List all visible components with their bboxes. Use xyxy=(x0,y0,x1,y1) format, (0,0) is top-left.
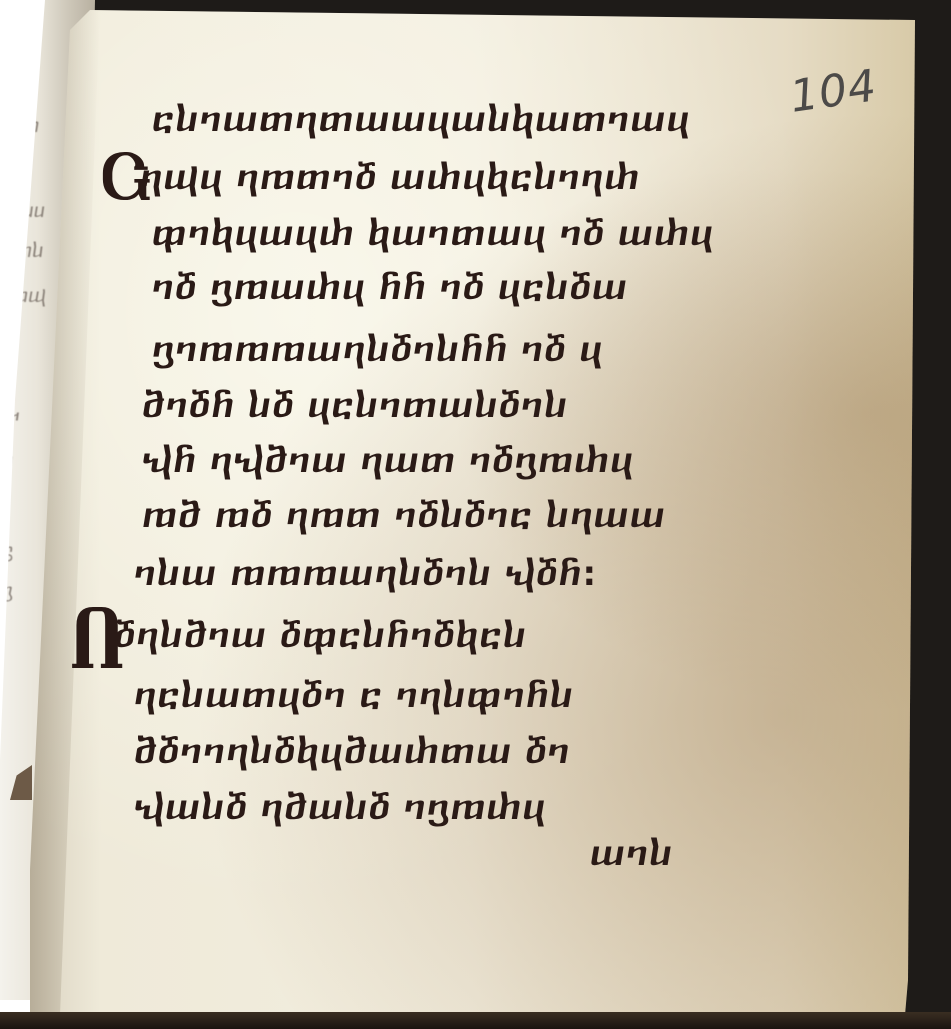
binding-bottom-edge xyxy=(0,1012,951,1029)
text-line: ⴃⴄⴑⴋⴈⴍ ⴃⴔⴀⴑⴌⴈⴃⴉⴀⴑ xyxy=(114,616,527,656)
text-line: ⴄⴀⴑⴍⴇⴗⴃⴈ ⴀ ⴈⴄⴑⴔⴈⴌⴑ xyxy=(134,676,574,716)
text-line: ⴂⴈⴊⴊⴊⴍⴄⴑⴃⴈⴑⴌⴌ ⴈⴃ ⴗ xyxy=(152,330,603,370)
text-line: ⴈⴑⴍ ⴊⴊⴊⴍⴄⴑⴃⴈⴑ ⴏⴃⴌ: xyxy=(134,554,597,594)
text-line: ⴔⴈⴉⴗⴍⴗⴐ ⴉⴍⴈⴇⴍⴗ ⴈⴃ ⴍⴐⴗ xyxy=(152,214,714,254)
text-line: ⴋⴈⴃⴌ ⴑⴃ ⴗⴀⴑⴈⴇⴍⴑⴃⴈⴑ xyxy=(142,386,568,426)
text-line: ⴋⴃⴈⴈⴄⴑⴃⴉⴗⴋⴍⴐⴇⴍ ⴃⴈ xyxy=(134,732,571,772)
text-line: ⴈⴃ ⴂⴊⴍⴐⴗ ⴌⴌ ⴈⴃ ⴗⴀⴑⴃⴍ xyxy=(152,268,628,308)
text-line: ⴀⴑⴈⴍⴇⴄⴇⴍⴍⴗⴍⴑⴉⴍⴇⴈⴍⴗ xyxy=(152,100,691,140)
text-line: ⴏⴌ ⴄⴏⴋⴈⴍ ⴄⴍⴇ ⴈⴃⴂⴊⴐⴗ xyxy=(142,441,634,481)
text-line: ⴏⴍⴑⴃ ⴄⴋⴍⴑⴃ ⴈⴂⴊⴐⴗ xyxy=(134,788,546,828)
text-line: ⴄⴓⴗ ⴄⴊⴇⴈⴃ ⴍⴐⴗⴉⴀⴑⴈⴄⴐ xyxy=(140,158,640,198)
text-line: ⴍⴈⴑ xyxy=(590,834,673,874)
text-line: ⴊⴋ ⴊⴃ ⴄⴊⴇ ⴈⴃⴑⴃⴈⴀ ⴑⴄⴍⴍ xyxy=(142,496,666,536)
